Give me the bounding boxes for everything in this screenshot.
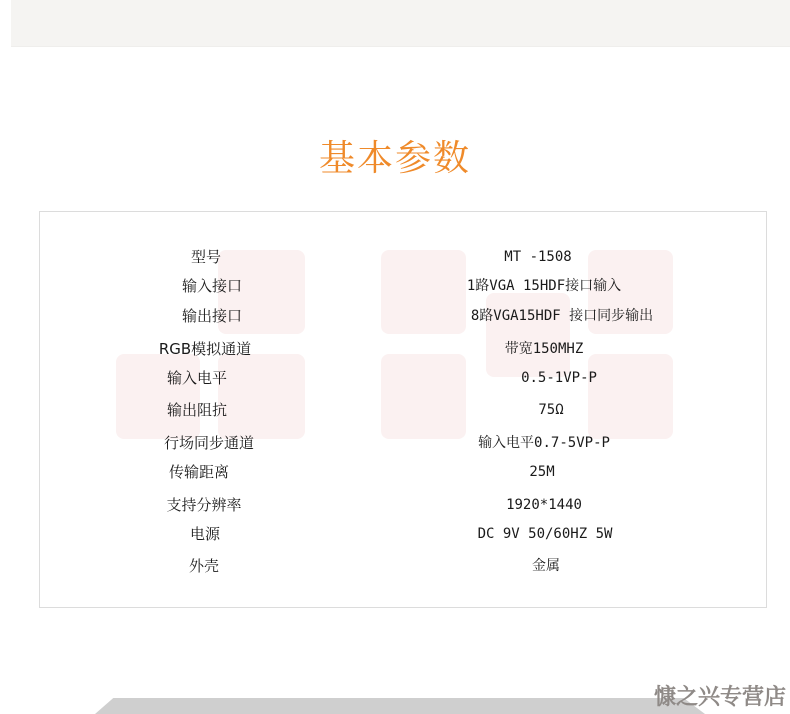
spec-value: 输入电平0.7-5VP-P [394,433,694,453]
spec-label: 行场同步通道 [109,433,309,453]
top-band [11,0,790,47]
bg-square [381,354,466,439]
spec-label: 输入接口 [112,276,312,296]
spec-label: RGB模拟通道 [105,339,305,359]
spec-value: 1路VGA 15HDF接口输入 [394,276,694,296]
spec-label: 外壳 [104,556,304,576]
spec-value: 8路VGA15HDF 接口同步输出 [412,306,712,326]
spec-value: DC 9V 50/60HZ 5W [395,524,695,544]
spec-label: 型号 [106,247,306,267]
spec-value: 25M [392,462,692,482]
spec-value: MT -1508 [388,247,688,267]
spec-value: 金属 [396,556,696,576]
bg-square [116,354,200,439]
spec-label: 电源 [105,524,305,544]
bottom-banner [95,698,705,714]
spec-value: 带宽150MHZ [394,339,694,359]
spec-value: 1920*1440 [394,495,694,515]
spec-label: 传输距离 [99,462,299,482]
section-title: 基本参数 [0,134,790,184]
bg-square [588,354,673,439]
spec-value: 75Ω [401,400,701,420]
spec-label: 输入电平 [97,368,297,388]
spec-value: 0.5-1VP-P [409,368,709,388]
store-watermark: 慷之兴专营店 [654,680,786,711]
spec-label: 输出阻抗 [97,400,297,420]
spec-label: 支持分辨率 [104,495,304,515]
bg-square [218,354,305,439]
spec-label: 输出接口 [112,306,312,326]
